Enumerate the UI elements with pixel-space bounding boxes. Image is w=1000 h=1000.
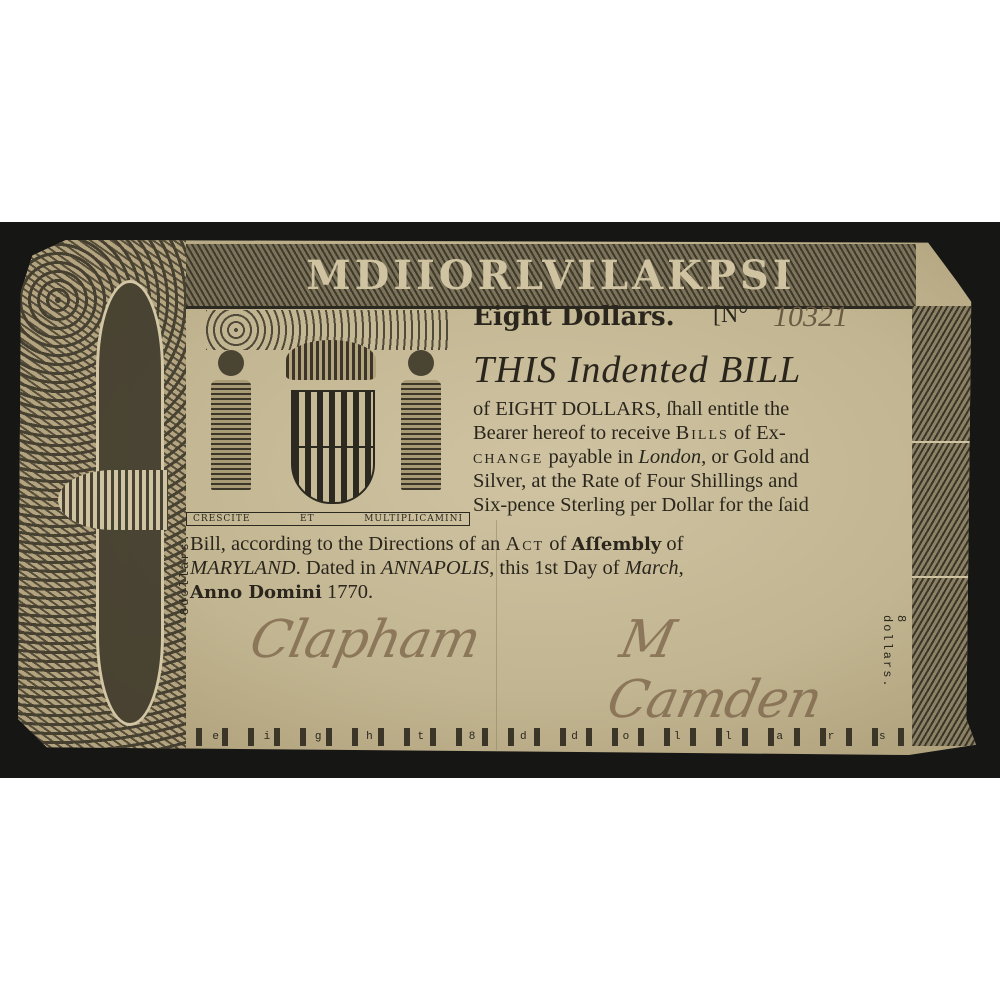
border-segment-divider — [912, 441, 976, 443]
motto-word: ET — [300, 513, 315, 525]
strip-letter: g — [315, 731, 322, 743]
text-line: Bill, according to the Directions of an … — [190, 533, 683, 556]
motto-word: MULTIPLICAMINI — [364, 513, 463, 525]
signatures: Clapham M Camden — [238, 610, 897, 700]
text-line: Anno Domini 1770. — [190, 581, 373, 604]
motto-word: CRESCITE — [193, 513, 250, 525]
right-supporter-figure — [396, 350, 446, 500]
strip-letter: h — [366, 731, 373, 743]
text-line: Bearer hereof to receive Bills of Ex- — [473, 422, 786, 445]
strip-letter: d — [520, 731, 527, 743]
left-vertical-legend: 8dollars. — [178, 532, 192, 615]
strip-letter: t — [417, 731, 424, 743]
right-ornamental-border — [912, 306, 976, 746]
text-line: change payable in London, or Gold and — [473, 446, 809, 469]
bottom-ornament-strip: eight8ddollars — [190, 728, 908, 746]
serial-prefix: [N° — [713, 302, 748, 329]
strip-letter: s — [879, 731, 886, 743]
strip-letter: l — [725, 731, 732, 743]
heraldic-shield — [291, 390, 375, 504]
strip-letter: l — [674, 731, 681, 743]
maryland-coat-of-arms — [186, 310, 470, 515]
text-line: MARYLAND. Dated in ANNAPOLIS, this 1st D… — [190, 557, 684, 580]
bill-title: THIS Indented BILL — [473, 348, 801, 392]
strip-letter: i — [264, 731, 271, 743]
strip-letter: d — [571, 731, 578, 743]
border-segment-divider — [912, 576, 976, 578]
strip-letter: e — [212, 731, 219, 743]
denomination-heading: Eight Dollars. — [473, 302, 675, 332]
strip-letter: 8 — [469, 731, 476, 743]
top-border-text: MDIIORLVILAKPSI — [306, 252, 795, 299]
strip-letter: o — [623, 731, 630, 743]
strip-letter: r — [828, 731, 835, 743]
motto-ribbon: CRESCITE ET MULTIPLICAMINI — [186, 512, 470, 526]
left-supporter-figure — [206, 350, 256, 500]
serial-number: 10321 — [773, 300, 848, 334]
right-vertical-legend: 8 dollars. — [880, 615, 908, 689]
shell-ornament — [58, 470, 168, 530]
strip-letter: a — [776, 731, 783, 743]
left-ornamental-border — [18, 240, 186, 755]
text-line: Silver, at the Rate of Four Shillings an… — [473, 470, 798, 493]
signature-left: Clapham — [245, 610, 485, 670]
crest-crown — [286, 340, 376, 380]
text-line: of EIGHT DOLLARS, ſhall entitle the — [473, 398, 789, 421]
signature-right: M Camden — [602, 610, 898, 730]
text-line: Six-pence Sterling per Dollar for the ſa… — [473, 494, 809, 517]
banknote: MDIIORLVILAKPSI CRESCITE ET MULTIPLICAMI… — [18, 240, 976, 755]
